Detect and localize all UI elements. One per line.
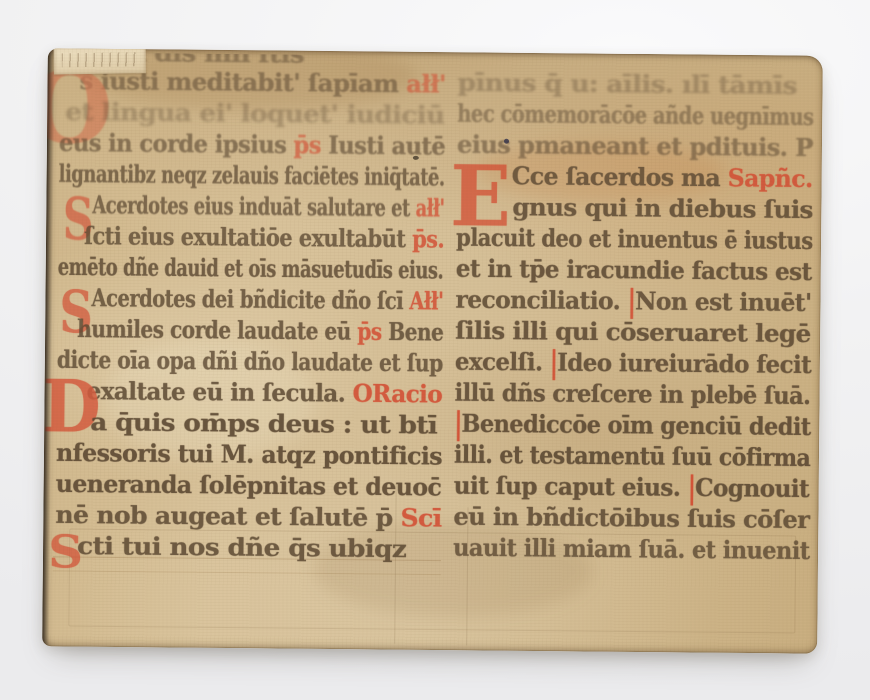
body-text: ueneranda ſolēpnitas et deuoc̄ — [56, 470, 442, 503]
body-text: Iusti autē — [328, 131, 445, 161]
text-line-content: Scti tui nos dñe q̄s ubiqz — [77, 530, 406, 568]
body-text: Acerdotes dei bñdicite dño ſcī — [91, 284, 409, 316]
rubric-text: ałł' — [415, 194, 444, 223]
photo-backdrop: R a dıs mlı ſtīsOs iusti meditabit' ſapī… — [0, 0, 870, 700]
body-text: Bene — [388, 318, 443, 348]
body-text: Ideo iureiurādo fecit — [557, 348, 811, 380]
body-text: Benediccōe oīm genciū dedit — [461, 409, 810, 441]
body-text: excelſi. — [455, 347, 550, 377]
ruling-line — [53, 570, 441, 575]
body-text: et in tp̄e iracundie factus est — [456, 254, 812, 287]
rubric-text: ałł' — [406, 70, 446, 99]
body-text: hec cōmemorācōe añde uegnīmus — [457, 99, 814, 132]
manuscript-board: R a dıs mlı ſtīsOs iusti meditabit' ſapī… — [42, 48, 823, 653]
rubric-text: Scī — [400, 504, 441, 534]
patch-ink-marks — [62, 52, 136, 67]
body-text: illū dñs creſcere in plebē ſuā. — [454, 378, 810, 411]
body-text: uit ſup caput eius. — [454, 471, 688, 502]
body-text: eus in corde ipsius — [59, 129, 294, 160]
rubric-text: Ałł' — [409, 287, 443, 316]
body-text: et lingua ei' loquet' iudiciū — [65, 98, 444, 131]
body-text: ſilis illi qui cōseruaret legē — [455, 316, 811, 349]
body-text: Non est inuēt' — [635, 287, 812, 318]
body-text: nfessoris tui M. atqz pontificis — [56, 439, 442, 472]
body-text: placuit deo et inuentus ē iustus — [456, 223, 813, 256]
body-text: humiles corde laudate eū — [77, 315, 357, 347]
body-text: a q̄uis om̄ps deus : ut btī — [90, 408, 437, 440]
body-text: uauit illi miam ſuā. et inuenit — [453, 533, 810, 566]
rubric-text: ORacio — [352, 379, 442, 409]
text-line: uauit illi miam ſuā. et inuenit — [453, 533, 809, 567]
body-text: nē nob augeat et ſalutē p̄ — [55, 501, 400, 533]
rubric-text: p̄s — [293, 131, 328, 160]
illuminated-initial: S — [48, 530, 82, 575]
ink-speck — [413, 156, 419, 160]
body-text: reconciliatio. — [455, 285, 627, 316]
body-text: gnus qui in diebus ſuis — [512, 193, 813, 225]
body-text: lignantibz neqz zelauis faciētes iniq̄ta… — [59, 160, 445, 193]
text-line: Scti tui nos dñe q̄s ubiqz — [77, 532, 441, 566]
body-text: illi. et testamentū ſuū cōfirma — [454, 440, 811, 473]
body-text: emēto dñe dauid et oīs māsuetudīs eius. — [58, 253, 444, 286]
body-text: cti tui nos dñe q̄s ubiqz — [77, 532, 406, 564]
body-text: Cce ſacerdos ma — [512, 162, 728, 193]
body-text: eū in bñdictōibus ſuis cōſer — [453, 502, 809, 535]
ink-speck — [504, 139, 509, 144]
rubric-text: Sapñc. — [728, 164, 813, 194]
body-text: pīnus q̄ u: aīlis. ılī tāmīs — [457, 68, 796, 100]
body-text: Acerdotes eius induāt salutare et — [92, 191, 415, 223]
body-text: exaltate eū in ſecula. — [86, 377, 352, 409]
text-line-content: uauit illi miam ſuā. et inuenit — [453, 531, 810, 569]
rubric-text: p̄s. — [412, 225, 444, 254]
left-text-column: R a dıs mlı ſtīsOs iusti meditabit' ſapī… — [55, 52, 446, 566]
repair-patch — [54, 48, 146, 74]
body-text: Cognouit — [695, 474, 809, 504]
body-text: ſcti eius exultatiōe exultabūt — [84, 222, 412, 254]
rubric-text: p̄s — [357, 317, 388, 346]
body-text: dicte oīa opa dñi dño laudate et ſup — [57, 346, 443, 379]
